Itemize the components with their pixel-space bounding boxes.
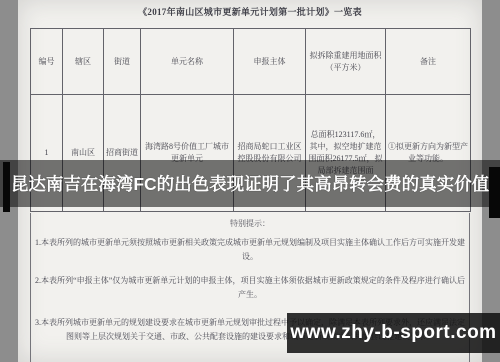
header-remark: 备注 (386, 29, 471, 95)
header-no: 编号 (31, 29, 63, 95)
headline-overlay-band: 昆达南吉在海湾FC的出色表现证明了其高昂转会费的真实价值 (0, 160, 500, 207)
header-unit-name: 单元名称 (141, 29, 234, 95)
headline-left-tab (3, 162, 10, 212)
screenshot-root: 《2017年南山区城市更新单元计划第一批计划》一览表 编号 辖区 街道 单元名称… (0, 0, 500, 362)
watermark-box: www.zhy-b-sport.com (287, 313, 500, 353)
header-district: 辖区 (63, 29, 104, 95)
note-item-1: 1.本表所列的城市更新单元须按照城市更新相关政策完成城市更新单元规划编制及项目实… (35, 236, 465, 264)
headline-right-tab (489, 167, 500, 218)
document-title: 《2017年南山区城市更新单元计划第一批计划》一览表 (18, 5, 482, 18)
header-area: 拟拆除重建用地面积（平方米） (306, 29, 386, 95)
frame-left-border (30, 213, 31, 362)
note-item-2: 2.本表所列“申报主体”仅为城市更新单元计划的申报主体，项目实施主体须依据城市更… (35, 274, 465, 302)
table-header-row: 编号 辖区 街道 单元名称 申报主体 拟拆除重建用地面积（平方米） 备注 (31, 29, 471, 95)
header-applicant: 申报主体 (234, 29, 306, 95)
header-street: 街道 (104, 29, 141, 95)
watermark-url-text: www.zhy-b-sport.com (290, 322, 496, 344)
headline-text: 昆达南吉在海湾FC的出色表现证明了其高昂转会费的真实价值 (11, 171, 489, 196)
notes-heading: 特别提示： (30, 218, 470, 229)
